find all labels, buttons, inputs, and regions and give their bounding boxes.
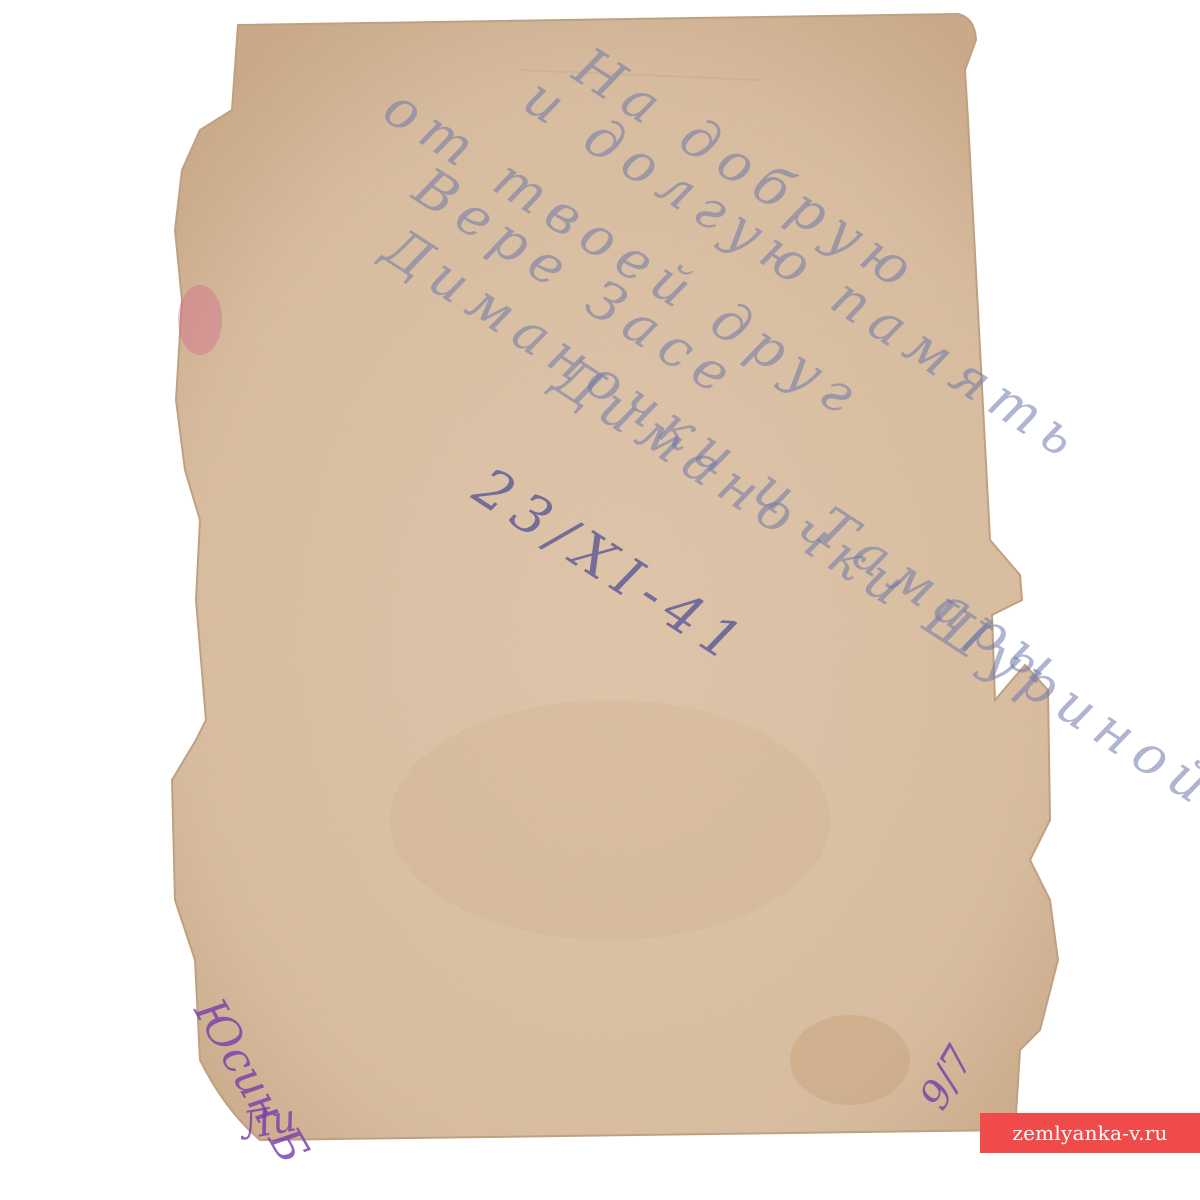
handwritten-inscription: На добрую и долгую память от твоей друг … bbox=[330, 10, 1030, 710]
photo-back: На добрую и долгую память от твоей друг … bbox=[0, 0, 1200, 1200]
watermark-text: zemlyanka-v.ru bbox=[1012, 1121, 1167, 1145]
watermark-badge: zemlyanka-v.ru bbox=[980, 1113, 1200, 1153]
